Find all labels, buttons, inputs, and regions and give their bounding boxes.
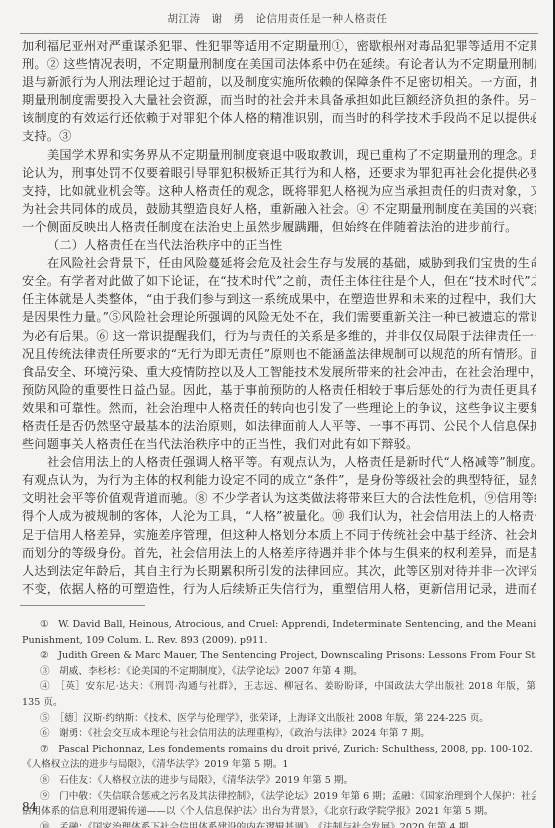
text-line: 食品安全、环境污染、重大疫情防控以及人工智能技术发展所带来的社会冲击，在社会治理… bbox=[22, 363, 536, 381]
text-line: 格责任是否仍然坚守最基本的法治原则，如法律面前人人平等、一事不再罚、公民个人信息… bbox=[22, 417, 536, 435]
text-line: 预防风险的重要性日益凸显。因此，基于事前预防的人格责任相较于事后惩处的行为责任更… bbox=[22, 381, 536, 399]
text-line: 而划分的等级身份。首先，社会信用法上的人格差序待遇并非个体与生俱来的权利差异，而… bbox=[22, 544, 536, 562]
text-line: 支持。③ bbox=[22, 127, 536, 145]
text-line: 足于信用人格差异，实施差序管理，但这种人格划分本质上不同于传统社会中基于经济、社… bbox=[22, 526, 536, 544]
text-line: 些问题事关人格责任在当代法治秩序中的正当性，我们对此有如下辩驳。 bbox=[22, 435, 536, 453]
text-line: 效果和可靠性。然而，社会治理中人格责任的转向也引发了一些理论上的争议，这些争议主… bbox=[22, 399, 536, 417]
text-line: 社会信用法上的人格责任强调人格平等。有观点认为，人格责任是新时代“人格减等”制度… bbox=[22, 453, 536, 471]
footnote-line: ⑧ 石佳友：《人格权立法的进步与局限》，《清华法学》2019 年第 5 期。 bbox=[22, 773, 536, 789]
text-line: 是因果性力量。”⑤风险社会理论所强调的风险无处不在，我们需要重新关注一种已被遗忘… bbox=[22, 308, 536, 326]
page-number: 84 bbox=[22, 800, 37, 814]
footnote-line: ① W. David Ball, Heinous, Atrocious, and… bbox=[22, 617, 536, 633]
text-line: 不变，依据人格的可塑造性，行为人后续矫正失信行为，重塑信用人格，更新信用记录，进… bbox=[22, 580, 536, 598]
paper-page: 胡江涛 谢 勇 论信用责任是一种人格责任 加利福尼亚州对严重谋杀犯罪、性犯罪等适… bbox=[0, 0, 555, 828]
footnote-separator bbox=[20, 605, 145, 606]
text-line: 为社会共同体的成员，鼓励其塑造良好人格，重新融入社会。④ 不定期量刑制度在美国的… bbox=[22, 200, 536, 218]
text-line: 安全。有学者对此做了如下论证，在“技术时代”之前，责任主体往往是个人，但在“技术… bbox=[22, 272, 536, 290]
footnote-line: ⑥ 谢勇：《社会交互成本理论与社会信用法的法理重构》，《政治与法律》2024 年… bbox=[22, 726, 536, 742]
text-line: 一个侧面反映出人格责任制度在法治史上虽然步履蹒跚，但始终在伴随着法治的进步前行。 bbox=[22, 218, 536, 236]
text-line: 人达到法定年龄后，其自主行为长期累积所引发的法律回应。其次，此等区别对待并非一次… bbox=[22, 562, 536, 580]
footnote-line: ⑤ ［德］汉斯·约纳斯：《技术、医学与伦理学》，张荣译，上海译文出版社 2008… bbox=[22, 711, 536, 727]
footnote-line: ⑩ 孟融：《国家治理体系下社会信用体系建设的内在逻辑基调》，《法制与社会发展》2… bbox=[22, 820, 536, 828]
footnote-line: ④ ［英］安东尼·达夫：《刑罚·沟通与社群》，王志远、柳冠名、姜盼盼译，中国政法… bbox=[22, 679, 536, 695]
text-line: 刑。② 这些情况表明，不定期量刑制度在美国司法体系中仍在延续。有论者认为不定期量… bbox=[22, 55, 536, 73]
footnote-line: ② Judith Green & Marc Mauer, The Sentenc… bbox=[22, 648, 536, 664]
text-line: 文明社会平等价值观背道而驰。⑧ 不少学者认为这类做法将带来巨大的合法性危机，⑨信… bbox=[22, 489, 536, 507]
text-line: 为必有后果。⑥ 这一常识提醒我们，行为与责任的关系是多维的，并非仅仅局限于法律责… bbox=[22, 327, 536, 345]
text-line: 加利福尼亚州对严重谋杀犯罪、性犯罪等适用不定期量刑①，密歇根州对毒品犯罪等适用不… bbox=[22, 37, 536, 55]
footnote-line: ③ 胡威、李杉杉：《论美国的不定期制度》，《法学论坛》2007 年第 4 期。 bbox=[22, 664, 536, 680]
text-line: 支持，比如就业机会等。这种人格责任的观念，既将罪犯人格视为应当承担责任的归责对象… bbox=[22, 182, 536, 200]
text-line: 有观点认为，为行为主体的权利能力设定不同的成立“条件”，是身份等级社会的典型特征… bbox=[22, 471, 536, 489]
text-line: 美国学术界和实务界从不定期量刑制度衰退中吸取教训，现已重构了不定期量刑的理念。现… bbox=[22, 146, 536, 164]
text-line: （二）人格责任在当代法治秩序中的正当性 bbox=[22, 236, 536, 254]
header-rule bbox=[20, 33, 538, 34]
footnotes: ① W. David Ball, Heinous, Atrocious, and… bbox=[22, 617, 536, 828]
footnote-line: 135 页。 bbox=[22, 695, 536, 711]
body-text: 加利福尼亚州对严重谋杀犯罪、性犯罪等适用不定期量刑①，密歇根州对毒品犯罪等适用不… bbox=[22, 37, 536, 598]
text-line: 任主体就是人类整体，“由于我们参与到这一系统成果中，在塑造世界和未来的过程中，我… bbox=[22, 290, 536, 308]
footnote-line: 信用体系的信息利用逻辑传递——以〈个人信息保护法〉出台为背景》，《北京行政学院学… bbox=[22, 804, 536, 820]
footnote-line: ⑨ 门中敬：《失信联合惩戒之污名及其法律控制》，《法学论坛》2019 年第 6 … bbox=[22, 789, 536, 805]
footnote-line: ⑦ Pascal Pichonnaz, Les fondements romai… bbox=[22, 742, 536, 758]
footnote-line: 《人格权立法的进步与局限》，《清华法学》2019 年第 5 期。1 bbox=[22, 757, 536, 773]
running-head: 胡江涛 谢 勇 论信用责任是一种人格责任 bbox=[0, 11, 555, 26]
text-line: 退与新派行为人刑法理论过于超前，以及制度实施所依赖的保障条件不足密切相关。一方面… bbox=[22, 73, 536, 91]
text-line: 况且传统法律责任所要求的“无行为即无责任”原则也不能涵盖法律规制可以规范的所有情… bbox=[22, 345, 536, 363]
text-line: 该制度的有效运行还依赖于对罪犯个体人格的精准识别，而当时的科学技术手段尚不足以提… bbox=[22, 109, 536, 127]
text-line: 在风险社会背景下，任由风险蔓延将会危及社会生存与发展的基础，威胁到我们宝贵的生命… bbox=[22, 254, 536, 272]
text-line: 期量刑制度需要投入大量社会资源，而当时的社会并未具备承担如此巨额经济负担的条件。… bbox=[22, 91, 536, 109]
text-line: 得个人成为被规制的客体，人沦为工具，“人格”被量化。⑩ 我们认为，社会信用法上的… bbox=[22, 507, 536, 525]
footnote-line: Punishment, 109 Colum. L. Rev. 893 (2009… bbox=[22, 633, 536, 649]
text-line: 论认为，刑事处罚不仅要着眼引导罪犯积极矫正其行为和人格，还要求为罪犯再社会化提供… bbox=[22, 164, 536, 182]
